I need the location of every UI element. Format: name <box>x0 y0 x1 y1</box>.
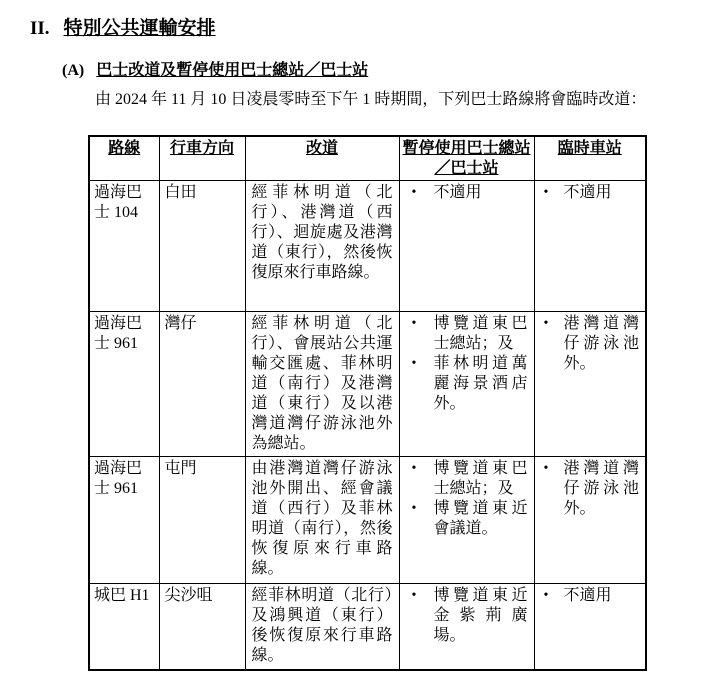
diversion-cell: 經菲林明道（北行）及鴻興道（東行）後恢復原來行車路線。 <box>245 584 399 671</box>
list-item: •博覽道東巴士總站；及 <box>400 314 528 354</box>
suspended-stops-cell: •博覽道東巴士總站；及 •菲林明道萬麗海景酒店外。 <box>399 312 534 457</box>
list-item: •港灣道灣仔游泳池外。 <box>535 459 640 519</box>
list-item: •不適用 <box>535 183 640 203</box>
bullet-icon: • <box>400 183 434 203</box>
route-cell: 過海巴士 961 <box>89 457 159 584</box>
diversion-cell: 經菲林明道（北行）、港灣道（西行）、迴旋處及港灣道（東行），然後恢復原來行車路線… <box>245 181 399 312</box>
temporary-stops-cell: •港灣道灣仔游泳池外。 <box>534 457 646 584</box>
list-item: •博覽道東近會議道。 <box>400 499 528 539</box>
bullet-icon: • <box>400 314 434 334</box>
bullet-icon: • <box>535 314 564 334</box>
suspended-stops-cell: •博覽道東近金紫荊廣場。 <box>399 584 534 671</box>
temporary-stops-cell: •不適用 <box>534 181 646 312</box>
intro-paragraph: 由 2024 年 11 月 10 日凌晨零時至下午 1 時期間，下列巴士路線將會… <box>95 90 695 110</box>
bullet-icon: • <box>535 459 564 479</box>
table-header-row: 路線 行車方向 改道 暫停使用巴士總站／巴士站 臨時車站 <box>89 136 646 181</box>
suspended-stops-cell: •不適用 <box>399 181 534 312</box>
section-title: 特別公共運輸安排 <box>64 18 216 39</box>
bus-diversion-table: 路線 行車方向 改道 暫停使用巴士總站／巴士站 臨時車站 過海巴士 104 白田… <box>88 135 647 671</box>
bullet-icon: • <box>535 183 564 203</box>
subsection-label: (A) <box>62 62 84 80</box>
header-temporary-stops: 臨時車站 <box>534 136 646 181</box>
bullet-icon: • <box>400 354 434 374</box>
list-item: •不適用 <box>400 183 528 203</box>
header-direction: 行車方向 <box>159 136 245 181</box>
section-heading: II.特別公共運輸安排 <box>30 13 216 40</box>
list-item: •不適用 <box>535 586 640 606</box>
table-row: 過海巴士 104 白田 經菲林明道（北行）、港灣道（西行）、迴旋處及港灣道（東行… <box>89 181 646 312</box>
bullet-icon: • <box>400 459 434 479</box>
header-suspended-stops: 暫停使用巴士總站／巴士站 <box>399 136 534 181</box>
table-row: 過海巴士 961 屯門 由港灣道灣仔游泳池外開出、經會議道（西行）及菲林明道（南… <box>89 457 646 584</box>
bullet-icon: • <box>400 499 434 519</box>
temporary-stops-cell: •港灣道灣仔游泳池外。 <box>534 312 646 457</box>
direction-cell: 尖沙咀 <box>159 584 245 671</box>
list-item: •港灣道灣仔游泳池外。 <box>535 314 640 374</box>
list-item: •博覽道東巴士總站；及 <box>400 459 528 499</box>
direction-cell: 灣仔 <box>159 312 245 457</box>
table-row: 城巴 H1 尖沙咀 經菲林明道（北行）及鴻興道（東行）後恢復原來行車路線。 •博… <box>89 584 646 671</box>
header-route: 路線 <box>89 136 159 181</box>
table-row: 過海巴士 961 灣仔 經菲林明道（北行）、會展站公共運輸交匯處、菲林明道（南行… <box>89 312 646 457</box>
diversion-cell: 由港灣道灣仔游泳池外開出、經會議道（西行）及菲林明道（南行），然後恢復原來行車路… <box>245 457 399 584</box>
route-cell: 城巴 H1 <box>89 584 159 671</box>
suspended-stops-cell: •博覽道東巴士總站；及 •博覽道東近會議道。 <box>399 457 534 584</box>
list-item: •菲林明道萬麗海景酒店外。 <box>400 354 528 414</box>
bullet-icon: • <box>400 586 434 606</box>
subsection-title: 巴士改道及暫停使用巴士總站／巴士站 <box>96 62 368 79</box>
route-cell: 過海巴士 104 <box>89 181 159 312</box>
direction-cell: 白田 <box>159 181 245 312</box>
list-item: •博覽道東近金紫荊廣場。 <box>400 586 528 646</box>
bullet-icon: • <box>535 586 564 606</box>
section-number: II. <box>30 18 50 40</box>
route-cell: 過海巴士 961 <box>89 312 159 457</box>
header-diversion: 改道 <box>245 136 399 181</box>
temporary-stops-cell: •不適用 <box>534 584 646 671</box>
subsection-heading: (A)巴士改道及暫停使用巴士總站／巴士站 <box>62 57 368 80</box>
diversion-cell: 經菲林明道（北行）、會展站公共運輸交匯處、菲林明道（南行）及港灣道（東行）及以港… <box>245 312 399 457</box>
direction-cell: 屯門 <box>159 457 245 584</box>
